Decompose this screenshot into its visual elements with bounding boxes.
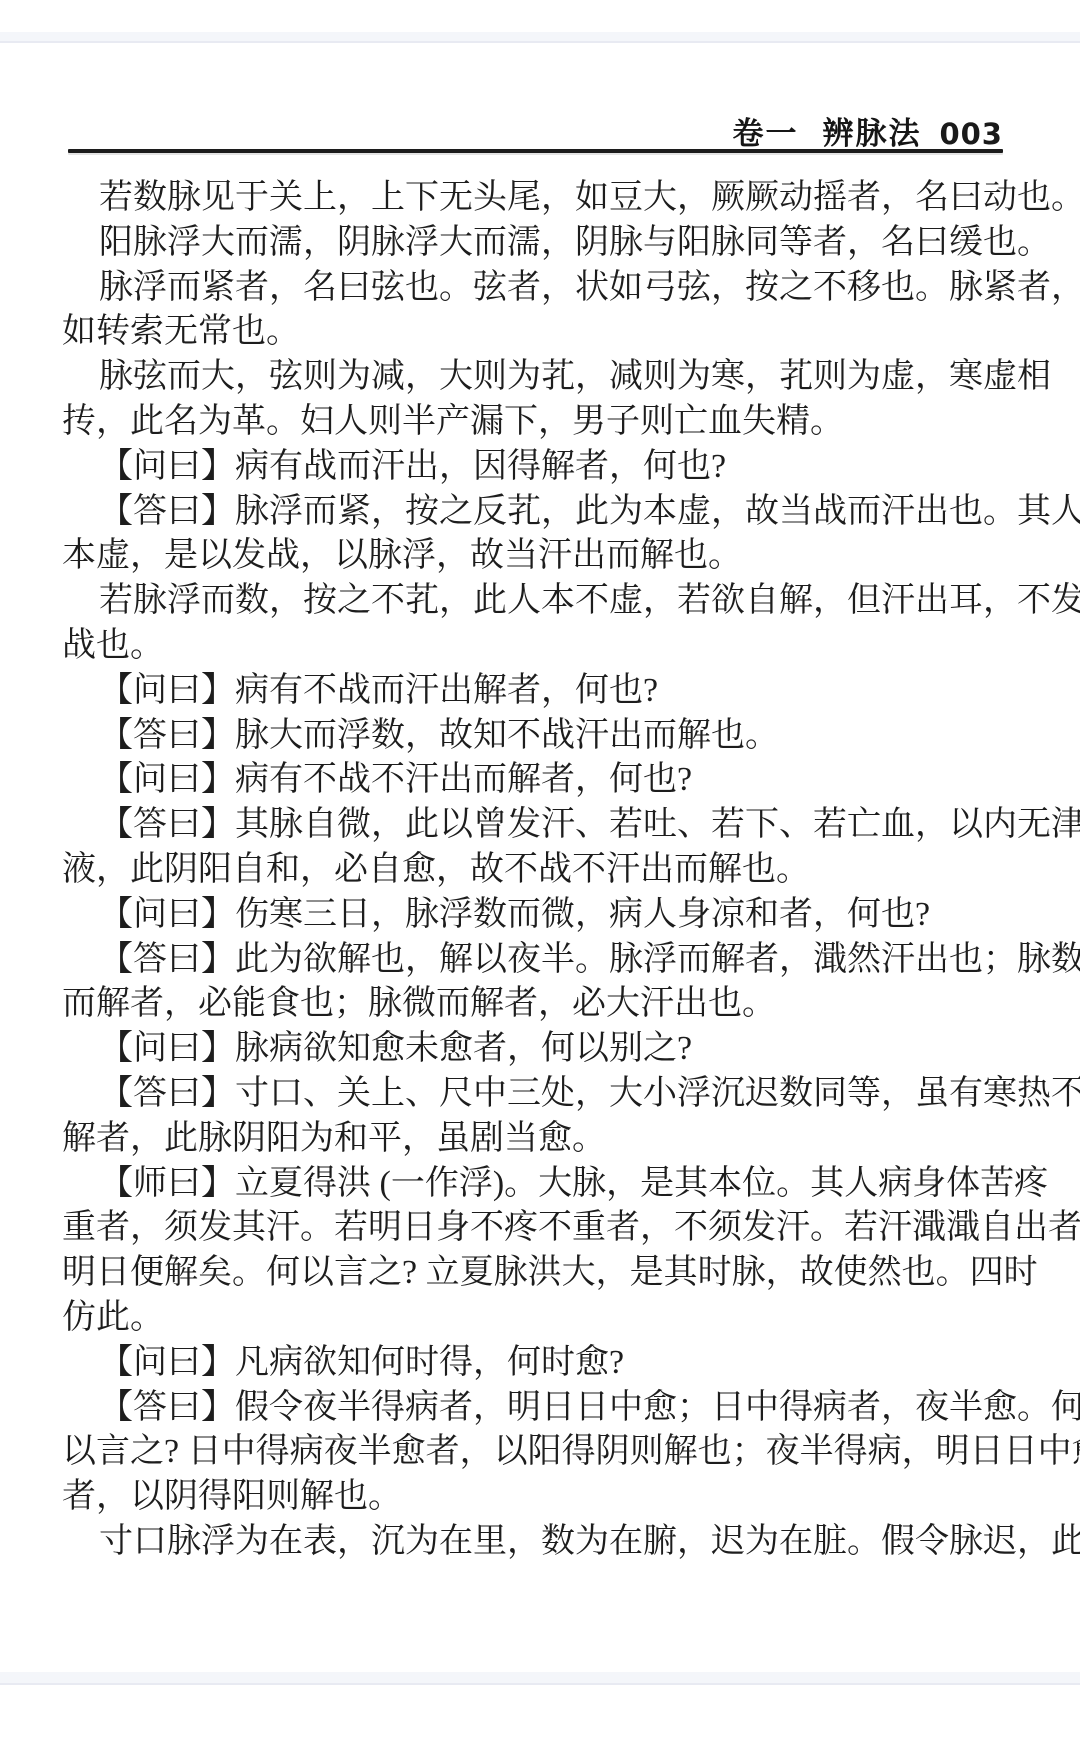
scan-edge-band-top (0, 32, 1080, 43)
scan-edge-band-bottom (0, 1672, 1080, 1685)
text-line: 【问曰】脉病欲知愈未愈者，何以别之? (62, 1027, 1020, 1072)
text-line: 以言之? 日中得病夜半愈者，以阳得阴则解也；夜半得病，明日日中愈 (62, 1430, 1020, 1475)
text-line: 【答曰】假令夜半得病者，明日日中愈；日中得病者，夜半愈。何 (62, 1386, 1020, 1431)
text-line: 【问曰】病有战而汗出，因得解者，何也? (62, 445, 1020, 490)
text-line: 脉弦而大，弦则为减，大则为芤，减则为寒，芤则为虚，寒虚相 (62, 355, 1020, 400)
text-line: 明日便解矣。何以言之? 立夏脉洪大，是其时脉，故使然也。四时 (62, 1251, 1020, 1296)
text-line: 【问曰】凡病欲知何时得，何时愈? (62, 1341, 1020, 1386)
text-line: 若数脉见于关上，上下无头尾，如豆大，厥厥动摇者，名曰动也。 (62, 176, 1020, 221)
text-line: 如转索无常也。 (62, 310, 1020, 355)
text-line: 寸口脉浮为在表，沉为在里，数为在腑，迟为在脏。假令脉迟，此 (62, 1520, 1020, 1565)
text-line: 液，此阴阳自和，必自愈，故不战不汗出而解也。 (62, 848, 1020, 893)
text-line: 【问曰】伤寒三日，脉浮数而微，病人身凉和者，何也? (62, 893, 1020, 938)
text-line: 【答曰】寸口、关上、尺中三处，大小浮沉迟数同等，虽有寒热不 (62, 1072, 1020, 1117)
text-line: 【答曰】此为欲解也，解以夜半。脉浮而解者，濈然汗出也；脉数 (62, 938, 1020, 983)
page-number: 003 (939, 117, 1003, 151)
text-line: 仿此。 (62, 1296, 1020, 1341)
text-line: 【师曰】立夏得洪 (一作浮)。大脉，是其本位。其人病身体苦疼 (62, 1162, 1020, 1207)
text-line: 解者，此脉阴阳为和平，虽剧当愈。 (62, 1117, 1020, 1162)
page-body: 若数脉见于关上，上下无头尾，如豆大，厥厥动摇者，名曰动也。 阳脉浮大而濡，阴脉浮… (62, 176, 1020, 1565)
text-line: 【问曰】病有不战而汗出解者，何也? (62, 669, 1020, 714)
text-line: 抟，此名为革。妇人则半产漏下，男子则亡血失精。 (62, 400, 1020, 445)
text-line: 而解者，必能食也；脉微而解者，必大汗出也。 (62, 982, 1020, 1027)
header-chapter: 辨脉法 (822, 108, 921, 153)
text-line: 若脉浮而数，按之不芤，此人本不虚，若欲自解，但汗出耳，不发 (62, 579, 1020, 624)
text-line: 【问曰】病有不战不汗出而解者，何也? (62, 758, 1020, 803)
text-line: 阳脉浮大而濡，阴脉浮大而濡，阴脉与阳脉同等者，名曰缓也。 (62, 221, 1020, 266)
text-line: 本虚，是以发战，以脉浮，故当汗出而解也。 (62, 534, 1020, 579)
text-line: 【答曰】脉大而浮数，故知不战汗出而解也。 (62, 714, 1020, 759)
header-volume: 卷一 (732, 108, 798, 153)
scanned-book-page: 卷一 辨脉法 003 若数脉见于关上，上下无头尾，如豆大，厥厥动摇者，名曰动也。… (0, 0, 1080, 1738)
page-header: 卷一 辨脉法 003 (732, 108, 1003, 153)
text-line: 战也。 (62, 624, 1020, 669)
text-line: 【答曰】脉浮而紧，按之反芤，此为本虚，故当战而汗出也。其人 (62, 490, 1020, 535)
text-line: 【答曰】其脉自微，此以曾发汗、若吐、若下、若亡血，以内无津 (62, 803, 1020, 848)
text-line: 脉浮而紧者，名曰弦也。弦者，状如弓弦，按之不移也。脉紧者， (62, 266, 1020, 311)
text-line: 重者，须发其汗。若明日身不疼不重者，不须发汗。若汗濈濈自出者， (62, 1206, 1020, 1251)
header-rule (68, 149, 1003, 153)
text-line: 者，以阴得阳则解也。 (62, 1475, 1020, 1520)
